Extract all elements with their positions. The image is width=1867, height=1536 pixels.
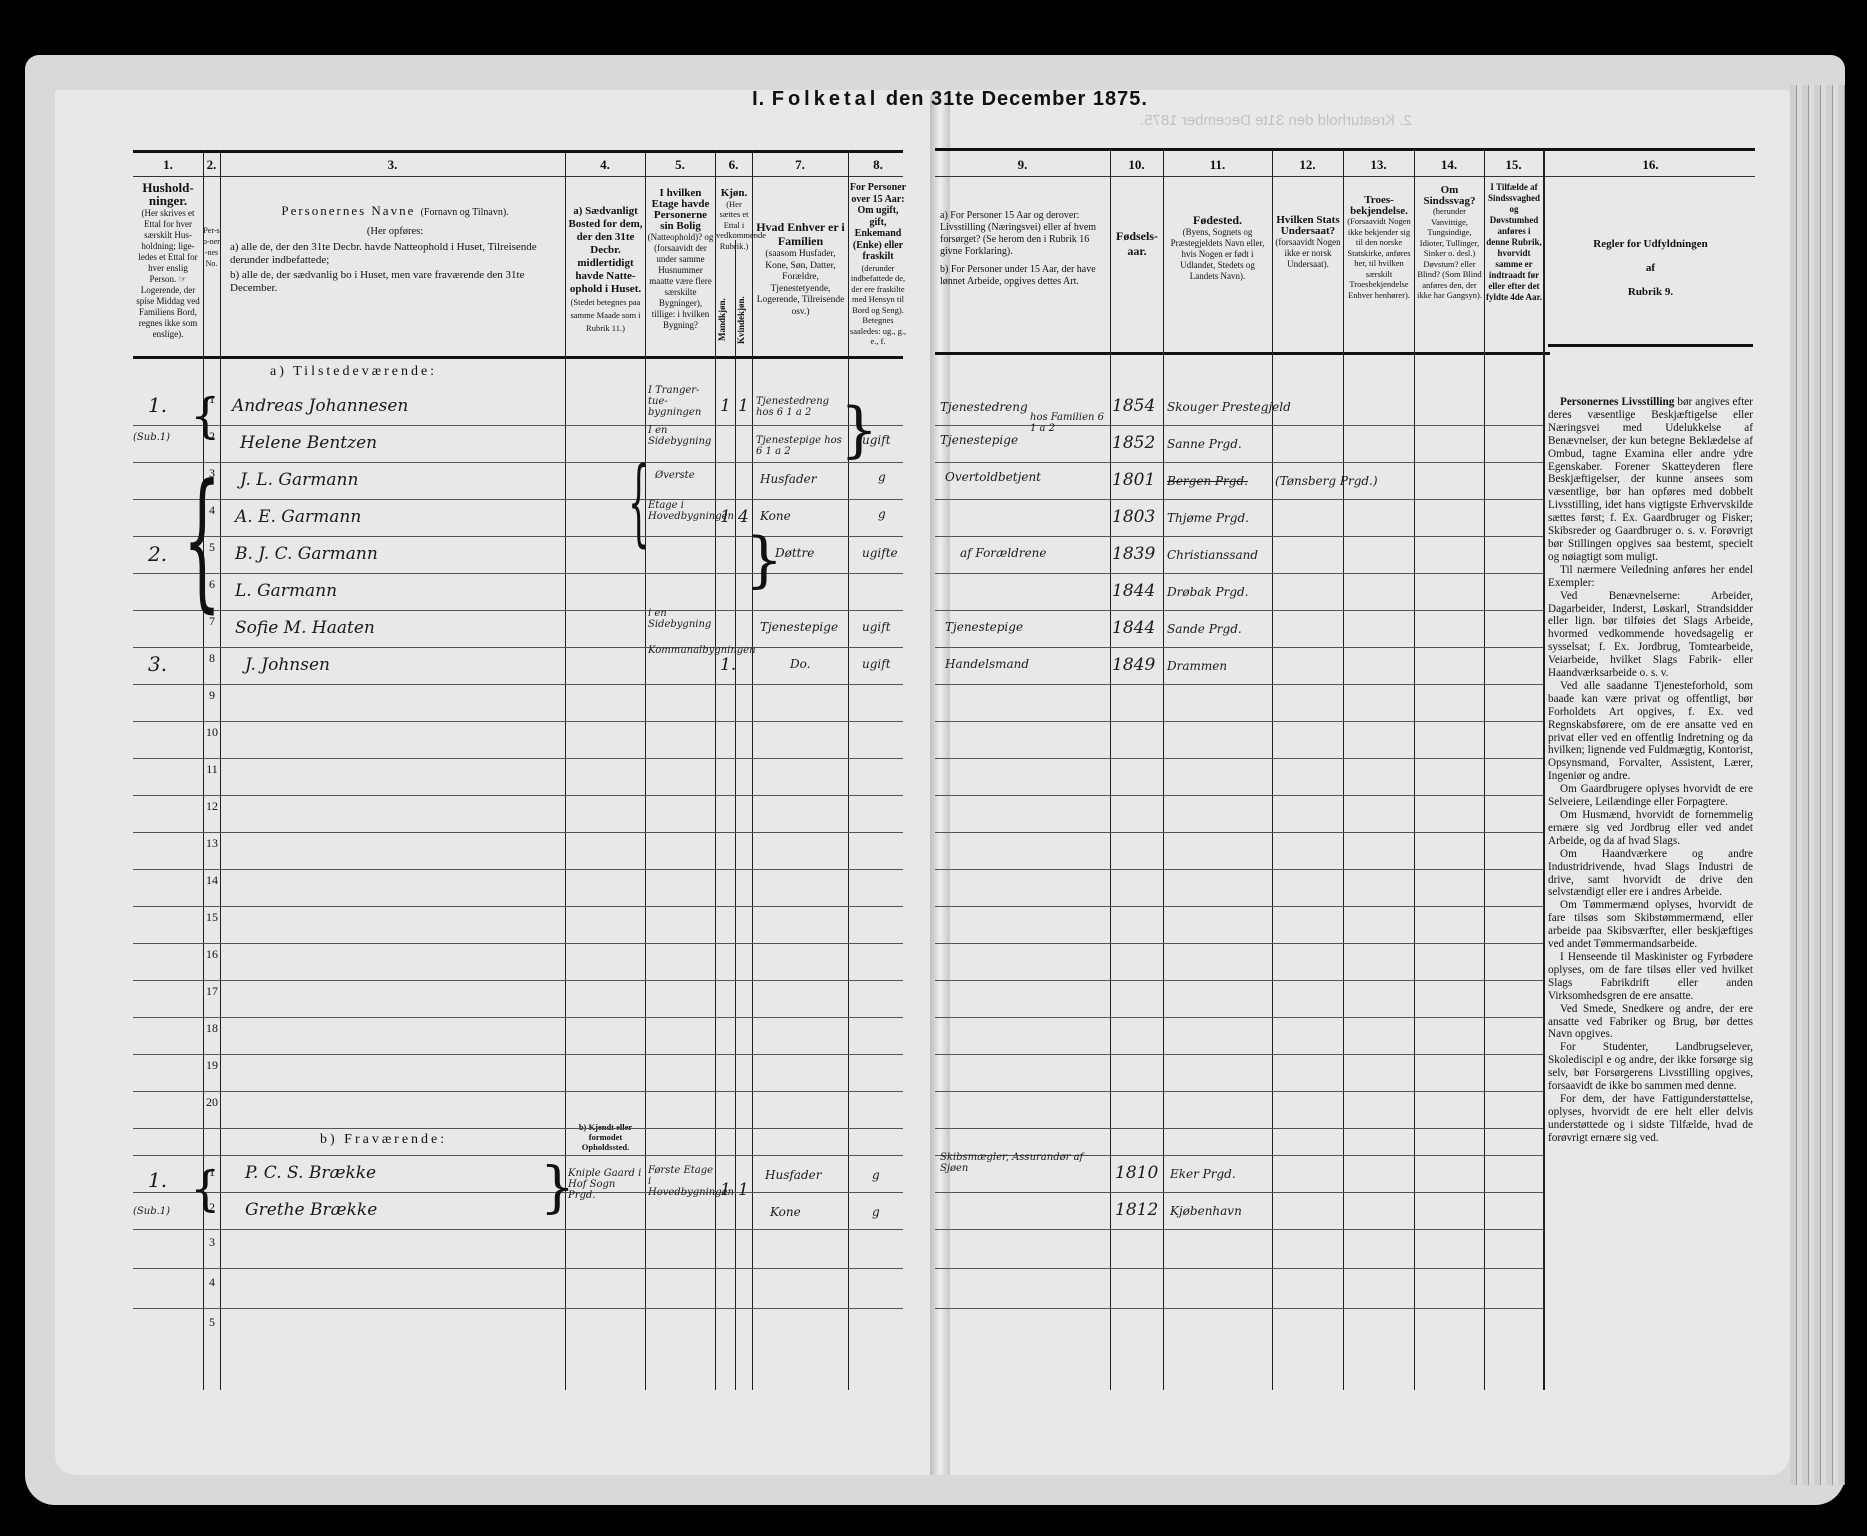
brace-icon: } — [840, 400, 878, 460]
rules-paragraph: Ved Smede, Snedkere og andre, der ere an… — [1548, 1003, 1753, 1042]
family-role: Tjenestedreng hos 6 1 a 2 — [756, 396, 846, 418]
col-num-11: 11. — [1163, 157, 1272, 173]
birthplace: Kjøbenhavn — [1170, 1204, 1242, 1218]
title-main: Folketal — [772, 88, 880, 110]
row-rule — [133, 1017, 903, 1018]
col4-header: a) Sædvanligt Bosted for dem, der den 31… — [567, 205, 644, 335]
birthplace: Eker Prgd. — [1170, 1167, 1236, 1181]
col3-intro: (Her opføres: — [230, 226, 560, 239]
col16-mid: af — [1548, 256, 1753, 280]
row-number: 11 — [202, 762, 222, 777]
col4-heading: a) Sædvanligt Bosted for dem, der den 31… — [568, 205, 642, 295]
col-divider-15 — [1543, 150, 1545, 1390]
person-name: Helene Bentzen — [240, 433, 377, 453]
birthplace: Drøbak Prgd. — [1167, 585, 1249, 599]
occupation: Skibsmægler, Assurandør af Sjøen — [940, 1152, 1105, 1174]
row-rule — [935, 1308, 1543, 1309]
civil-status: ugifte — [862, 546, 898, 560]
male-count: 1 — [720, 1180, 731, 1200]
page-title: I. Folketal den 31te December 1875. — [640, 88, 1260, 111]
rules-paragraph: For Studenter, Landbrugselever, Skoledis… — [1548, 1041, 1753, 1093]
row-rule — [133, 869, 903, 870]
bleed-through-text: 2. Kreaturhold den 31te December 1875. — [1140, 112, 1412, 129]
section-absent-label: b) Fraværende: — [320, 1132, 447, 1148]
etage-cell: Etage i Hovedbygningen — [648, 500, 714, 522]
col-divider-14 — [1484, 150, 1485, 1390]
col-num-2: 2. — [203, 157, 220, 173]
etage-cell: Øverste — [655, 470, 695, 481]
family-role: Kone — [760, 509, 791, 523]
row-rule — [133, 1192, 903, 1193]
rules-paragraph: Ved Benævnelserne: Arbeider, Dagarbeider… — [1548, 590, 1753, 680]
row-rule — [935, 1054, 1543, 1055]
col1-text: (Her skrives et Ettal for hver særskilt … — [136, 208, 200, 339]
col15-header: I Tilfælde af Sindssvaghed og Døvstumhed… — [1486, 182, 1542, 303]
col13-text: (Forsaavidt Nogen ikke bekjender sig til… — [1347, 216, 1411, 300]
col13-header: Troes-bekjendelse. (Forsaavidt Nogen ikk… — [1345, 195, 1413, 300]
header-top-rule-right — [935, 148, 1755, 151]
col1-heading: Hushold-ninger. — [142, 180, 193, 208]
col-num-7: 7. — [752, 157, 848, 173]
rules-paragraph: bør angives efter deres væsentlige Beskj… — [1548, 396, 1753, 563]
col8-text: (derunder indbefattede de, der ere frask… — [850, 263, 906, 347]
male-count: 1 — [720, 507, 731, 527]
col-divider-4 — [645, 150, 646, 1390]
row-rule — [935, 1192, 1543, 1193]
family-role: Husfader — [765, 1168, 821, 1182]
etage-cell: i en Sidebygning — [648, 608, 714, 630]
col6-male-label: Mandkjøn. — [716, 290, 734, 350]
row-rule — [935, 647, 1543, 648]
row-number: 20 — [202, 1095, 222, 1110]
col5-heading: I hvilken Etage havde Personerne sin Bol… — [652, 187, 710, 232]
col16-heading: Regler for Udfyldningen — [1548, 232, 1753, 256]
col-num-6: 6. — [715, 157, 752, 173]
row-number: 16 — [202, 947, 222, 962]
row-rule — [935, 721, 1543, 722]
rules-paragraph: For dem, der have Fattigunderstøttelse, … — [1548, 1093, 1753, 1145]
etage-cell: I Tranger­tue­bygningen — [648, 385, 714, 418]
col-num-16: 16. — [1548, 157, 1753, 173]
row-number: 18 — [202, 1021, 222, 1036]
col6-header: Kjøn. (Her sættes et Ettal i vedkommende… — [716, 188, 752, 251]
row-rule — [133, 1091, 903, 1092]
col3-header: Personernes Navne (Fornavn og Tilnavn). … — [230, 205, 560, 294]
birth-year: 1852 — [1112, 433, 1155, 453]
etage-cell: I en Sidebygning — [648, 425, 714, 447]
col-num-1: 1. — [133, 157, 203, 173]
col-num-14: 14. — [1414, 157, 1484, 173]
family-role: Husfader — [760, 472, 816, 486]
col4-text: (Stedet betegnes paa samme Maade som i R… — [570, 297, 640, 333]
col16-header: Regler for Udfyldningen af Rubrik 9. — [1548, 232, 1753, 304]
brace-icon: { — [190, 1165, 221, 1213]
header-top-rule-left — [133, 150, 903, 153]
birthplace: Sanne Prgd. — [1167, 437, 1242, 451]
birth-year: 1839 — [1112, 544, 1155, 564]
col-divider-13 — [1414, 150, 1415, 1390]
col5-text: (Natteophold)? og (forsaavidt der under … — [648, 232, 714, 330]
male-count: 1. — [720, 655, 736, 675]
row-rule — [935, 906, 1543, 907]
col6-heading: Kjøn. — [721, 187, 748, 199]
family-role: Kone — [770, 1205, 801, 1219]
col2-header: Per-so-ner-nes No. — [203, 225, 220, 269]
row-rule — [935, 1091, 1543, 1092]
household-number: 1. — [148, 393, 167, 417]
row-rule — [935, 425, 1543, 426]
row-rule — [935, 462, 1543, 463]
col3-text-b: b) alle de, der sædvanlig bo i Huset, me… — [230, 269, 560, 294]
row-number: 8 — [202, 651, 222, 666]
family-role: Tjenestepige — [760, 620, 838, 634]
person-name: Sofie M. Haaten — [235, 618, 375, 638]
title-date: den 31te December 1875. — [886, 88, 1148, 110]
row-rule — [133, 1128, 903, 1129]
birth-year: 1810 — [1115, 1163, 1158, 1183]
brace-icon: { — [190, 392, 221, 440]
row-rule — [935, 758, 1543, 759]
col-num-5: 5. — [645, 157, 715, 173]
rules-paragraph: Til nærmere Veiledning anføres her endel… — [1548, 564, 1753, 590]
person-name: Grethe Brække — [245, 1200, 377, 1220]
col-num-13: 13. — [1343, 157, 1414, 173]
col11-heading: Fødested. — [1193, 213, 1242, 227]
col9-header: a) For Personer 15 Aar og derover: Livss… — [940, 210, 1105, 288]
row-number: 15 — [202, 910, 222, 925]
rules-paragraph: Om Tømmermænd oplyses, hvorvidt de fare … — [1548, 899, 1753, 951]
household-number: 3. — [148, 652, 167, 676]
birth-year: 1803 — [1112, 507, 1155, 527]
occupation: Tjenestedreng — [940, 400, 1028, 414]
absent-col4-header: b) Kjendt eller formodet Opholdssted. — [567, 1122, 644, 1152]
col10-heading: Fødsels-aar. — [1116, 229, 1158, 258]
colnum-rule-right — [935, 176, 1755, 177]
civil-status: ugift — [862, 657, 891, 671]
person-name: B. J. C. Garmann — [235, 544, 378, 564]
row-rule — [133, 795, 903, 796]
col14-heading: Om Sindssvag? — [1424, 184, 1476, 207]
brace-icon: } — [745, 530, 783, 590]
person-name: Andreas Johannesen — [232, 396, 408, 416]
row-rule — [133, 1155, 903, 1156]
section-present-label: a) Tilstedeværende: — [270, 364, 437, 380]
birth-year: 1854 — [1112, 396, 1155, 416]
col-divider-10 — [1163, 150, 1164, 1390]
birthplace: Drammen — [1167, 659, 1227, 673]
household-note: (Sub.1) — [133, 1206, 170, 1217]
row-number: 10 — [202, 725, 222, 740]
female-count: 1 — [738, 396, 749, 416]
page-edges — [1790, 85, 1845, 1485]
col5-header: I hvilken Etage havde Personerne sin Bol… — [647, 188, 714, 331]
row-rule — [935, 832, 1543, 833]
col-divider-12 — [1343, 150, 1344, 1390]
occupation-note: hos Familien 6 1 a 2 — [1030, 412, 1110, 434]
row-rule — [133, 536, 903, 537]
person-name: L. Garmann — [235, 581, 337, 601]
col-divider-6a — [735, 240, 736, 1390]
occupation: Overtoldbetjent — [945, 470, 1041, 484]
col-divider-6 — [752, 150, 753, 1390]
row-rule — [935, 1229, 1543, 1230]
birthplace-note: (Tønsberg Prgd.) — [1275, 474, 1378, 488]
col7-text: (saasom Husfader, Kone, Søn, Datter, For… — [757, 249, 845, 317]
row-rule — [133, 499, 903, 500]
row-rule — [133, 832, 903, 833]
civil-status: g — [872, 1168, 880, 1182]
row-rule — [133, 943, 903, 944]
household-note: (Sub.1) — [133, 432, 170, 443]
civil-status: g — [878, 507, 886, 521]
row-number: 14 — [202, 873, 222, 888]
row-rule — [133, 1229, 903, 1230]
row-rule — [133, 462, 903, 463]
col12-header: Hvilken Stats Undersaat? (forsaavidt Nog… — [1274, 215, 1342, 270]
rules-paragraph: I Henseende til Maskinister og Fyrbødere… — [1548, 951, 1753, 1003]
colnum-rule-left — [133, 176, 903, 177]
rules-paragraph: Om Gaardbrugere oplyses hvorvidt de ere … — [1548, 783, 1753, 809]
rules-lead: Personernes Livsstilling — [1560, 396, 1674, 408]
col3-heading: Personernes Navne — [281, 203, 415, 218]
col13-heading: Troes-bekjendelse. — [1350, 194, 1408, 217]
col1-header: Hushold-ninger. (Her skrives et Ettal fo… — [135, 182, 201, 340]
col16-tail: Rubrik 9. — [1548, 280, 1753, 304]
brace-icon: { — [183, 465, 221, 615]
person-name: J. Johnsen — [245, 655, 330, 675]
row-rule — [935, 684, 1543, 685]
civil-status: g — [878, 470, 886, 484]
col14-header: Om Sindssvag? (herunder Vanvittige, Tung… — [1416, 185, 1483, 301]
rules-text: Personernes Livsstilling bør angives eft… — [1548, 396, 1753, 1145]
col11-text: (Byens, Sognets og Præstegjeldets Navn e… — [1171, 227, 1265, 281]
birthplace: Bergen Prgd. — [1167, 474, 1248, 488]
occupation: Handelsmand — [945, 657, 1029, 671]
rules-paragraph: Om Haandværkere og andre Industridrivend… — [1548, 848, 1753, 900]
row-rule — [935, 1128, 1543, 1129]
row-number: 9 — [202, 688, 222, 703]
col-num-4: 4. — [565, 157, 645, 173]
birthplace: Sande Prgd. — [1167, 622, 1242, 636]
civil-status: ugift — [862, 433, 891, 447]
row-number: 13 — [202, 836, 222, 851]
birth-year: 1844 — [1112, 618, 1155, 638]
civil-status: ugift — [862, 620, 891, 634]
row-number: 4 — [202, 1275, 222, 1290]
family-role: Do. — [790, 657, 810, 671]
female-count: 1 — [738, 1180, 749, 1200]
col-num-10: 10. — [1110, 157, 1163, 173]
col10-header: Fødsels-aar. — [1112, 230, 1162, 259]
civil-status: g — [872, 1205, 880, 1219]
birth-year: 1849 — [1112, 655, 1155, 675]
household-number: 1. — [148, 1168, 167, 1192]
birthplace: Skouger Prestegjeld — [1167, 400, 1291, 414]
row-rule — [935, 573, 1543, 574]
header-bottom-rule-left — [133, 356, 903, 359]
female-count: 4 — [738, 507, 749, 527]
row-rule — [935, 499, 1543, 500]
col6-female-label: Kvindekjøn. — [735, 290, 752, 350]
col9-text: b) For Personer under 15 Aar, der have l… — [940, 264, 1105, 288]
header-bottom-rule-right — [935, 352, 1550, 355]
row-rule — [133, 906, 903, 907]
row-rule — [133, 684, 903, 685]
family-role: Tjenestepige hos 6 1 a 2 — [756, 435, 846, 457]
col7-heading: Hvad Enhver er i Familien — [756, 220, 845, 248]
person-name: J. L. Garmann — [240, 470, 358, 490]
row-rule — [935, 536, 1543, 537]
title-prefix: I. — [752, 88, 765, 110]
birthplace: Thjøme Prgd. — [1167, 511, 1249, 525]
row-rule — [133, 573, 903, 574]
etage-cell: Kommunalbygningen — [648, 645, 714, 656]
row-rule — [133, 980, 903, 981]
row-rule — [935, 795, 1543, 796]
col8-header: For Personer over 15 Aar: Om ugift, gift… — [849, 182, 907, 347]
row-number: 12 — [202, 799, 222, 814]
person-name: P. C. S. Brække — [245, 1163, 376, 1183]
row-number: 17 — [202, 984, 222, 999]
etage-cell: Første Etage i Hovedbygningen — [648, 1165, 714, 1198]
row-rule — [133, 610, 903, 611]
male-count: 1 — [720, 396, 731, 416]
occupation: Tjenestepige — [940, 433, 1018, 447]
col11-header: Fødested. (Byens, Sognets og Præstegjeld… — [1165, 215, 1270, 282]
row-number: 3 — [202, 1235, 222, 1250]
row-rule — [935, 869, 1543, 870]
row-rule — [133, 1268, 903, 1269]
row-rule — [133, 425, 903, 426]
birthplace: Christianssand — [1167, 548, 1258, 562]
row-rule — [935, 980, 1543, 981]
occupation: Tjenestepige — [945, 620, 1023, 634]
household-number: 2. — [148, 542, 167, 566]
row-rule — [935, 1268, 1543, 1269]
col-num-15: 15. — [1484, 157, 1543, 173]
row-number: 5 — [202, 1315, 222, 1330]
occupation: af Forældrene — [960, 546, 1047, 560]
col-num-8: 8. — [848, 157, 908, 173]
row-rule — [133, 758, 903, 759]
birth-year: 1801 — [1112, 470, 1155, 490]
brace-icon: { — [628, 455, 649, 550]
birth-year: 1844 — [1112, 581, 1155, 601]
col7-header: Hvad Enhver er i Familien (saasom Husfad… — [754, 222, 847, 318]
rules-paragraph: Om Husmænd, hvorvidt de fornemmelig ernæ… — [1548, 809, 1753, 848]
row-rule — [133, 647, 903, 648]
col12-heading: Hvilken Stats Undersaat? — [1276, 214, 1339, 237]
col8-heading: For Personer over 15 Aar: Om ugift, gift… — [850, 182, 906, 262]
col-divider-9 — [1110, 150, 1111, 1390]
absent-location: Kniple Gaard i Hof Sogn Prgd. — [568, 1168, 644, 1201]
col-num-3: 3. — [220, 157, 565, 173]
person-name: A. E. Garmann — [235, 507, 361, 527]
col16-header-rule — [1548, 344, 1753, 347]
col-divider-11 — [1272, 150, 1273, 1390]
row-rule — [133, 1054, 903, 1055]
birth-year: 1812 — [1115, 1200, 1158, 1220]
col12-text: (forsaavidt Nogen ikke er norsk Undersaa… — [1275, 237, 1340, 269]
row-rule — [935, 1017, 1543, 1018]
rules-paragraph: Ved alle saadanne Tjenesteforhold, som b… — [1548, 680, 1753, 783]
col9-heading: a) For Personer 15 Aar og derover: Livss… — [940, 210, 1105, 258]
col-num-12: 12. — [1272, 157, 1343, 173]
row-rule — [935, 943, 1543, 944]
col14-text: (herunder Vanvittige, Tungsindige, Idiot… — [1417, 206, 1482, 300]
col3-sub: (Fornavn og Tilnavn). — [421, 207, 509, 218]
col3-text-a: a) alle de, der den 31te Decbr. havde Na… — [230, 241, 560, 266]
row-rule — [133, 721, 903, 722]
col-num-9: 9. — [935, 157, 1110, 173]
row-rule — [133, 1308, 903, 1309]
row-number: 19 — [202, 1058, 222, 1073]
row-rule — [935, 610, 1543, 611]
